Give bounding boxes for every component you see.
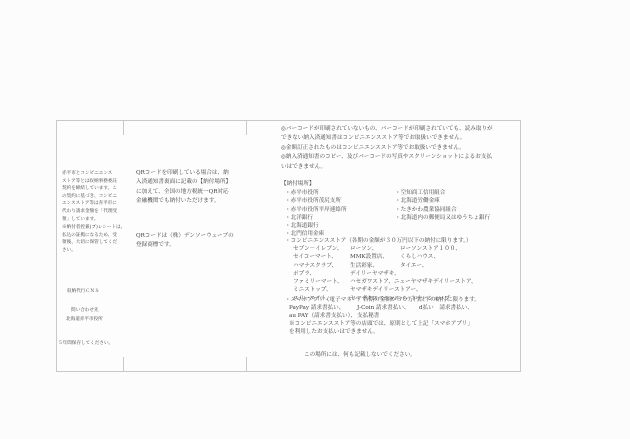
store-name: ファミリーマート、 bbox=[293, 278, 343, 286]
text-line: ストア等とは収納事務委託 bbox=[62, 178, 117, 186]
store-name: くらしハウス、 bbox=[400, 253, 461, 261]
text-line: の契約に基づき、コンビニ bbox=[62, 193, 117, 201]
text-line: エンスストア等は赤平市に bbox=[62, 200, 117, 208]
text-line: ◎納入済通知書のコピー、及びバーコードの写真やスクリーンショットによるお支払 bbox=[281, 153, 493, 162]
text-line: 領後、大切に保管してくだ bbox=[62, 239, 125, 247]
text-line: を利用したお支払いはできません。 bbox=[289, 328, 473, 336]
store-name: ミニストップ、 bbox=[293, 286, 343, 294]
text-line: に加えて、全国の地方税統一QR対応 bbox=[136, 188, 231, 197]
text-line: 入済通知書裏面に記載の【納付場所】 bbox=[136, 178, 231, 187]
text-line: ◎バーコードが印刷されていないもの、バーコードが印刷されていても、読み取りが bbox=[281, 125, 493, 134]
qr-trademark: QRコードは（株）デンソーウェーブの 登録商標です。 bbox=[136, 232, 234, 251]
list-item: ・北洋銀行 bbox=[285, 214, 347, 222]
contact-org: 北海道赤平市役所 bbox=[66, 316, 103, 324]
text-line: 金融機関でも納付いただけます。 bbox=[136, 197, 231, 206]
text-line: 払込の証拠になるため、受 bbox=[62, 232, 125, 240]
list-item: ・赤平市役所茂尻支所 bbox=[285, 197, 347, 205]
list-item: ・たきかわ農業協同組合 bbox=[395, 206, 490, 214]
places-heading: 【納付場所】 bbox=[281, 180, 315, 189]
barcode-warnings: ◎バーコードが印刷されていないもの、バーコードが印刷されていても、読み取りが で… bbox=[281, 125, 493, 172]
text-line: 登録商標です。 bbox=[136, 241, 234, 250]
store-name: ポプラ、 bbox=[293, 270, 343, 278]
text-line: 代わり請求金額を「代理受 bbox=[62, 208, 117, 216]
fold-divider-top-left bbox=[123, 120, 124, 135]
do-not-write-notice: この場所には、何も記載しないでください。 bbox=[304, 351, 416, 360]
qr-notice: QRコードを印刷している場合は、納 入済通知書裏面に記載の【納付場所】 に加えて… bbox=[136, 169, 231, 207]
convenience-col-3: ローソンストア１００、 くらしハウス、 タイエー、 bbox=[400, 245, 461, 270]
fold-divider-bottom-left bbox=[123, 357, 124, 372]
consignment-notice: 赤平市とコンビニエンス ストア等とは収納事務委託 契約を締結しています。こ の契… bbox=[62, 170, 117, 223]
text-line: ※納付者控兼(ブ)レシートは、 bbox=[62, 224, 125, 232]
list-item: ・赤平市役所平岸連絡所 bbox=[285, 206, 347, 214]
text-line: 赤平市とコンビニエンス bbox=[62, 170, 117, 178]
store-name: セブン－イレブン、 bbox=[293, 245, 343, 253]
store-name: ヤマザキデイリーストアー、 bbox=[350, 286, 477, 294]
text-line: いはできません。 bbox=[281, 163, 493, 172]
text-line: ◎金額訂正されたものはコンビニエンスストア等でお取扱いできません。 bbox=[281, 144, 493, 153]
contact-label: 問い合わせ先 bbox=[71, 307, 99, 315]
text-line: できない納入済通知書はコンビニエンスストア等でお取扱いできません。 bbox=[281, 134, 493, 143]
list-item: ・北海道労働金庫 bbox=[395, 197, 490, 205]
text-line: QRコードは（株）デンソーウェーブの bbox=[136, 232, 234, 241]
receipt-notice: ※納付者控兼(ブ)レシートは、 払込の証拠になるため、受 領後、大切に保管してく… bbox=[62, 224, 125, 254]
text-line: さい。 bbox=[62, 247, 125, 255]
places-list-right: ・空知商工信用組合 ・北海道労働金庫 ・たきかわ農業協同組合 ・北海道内の郵便局… bbox=[395, 189, 490, 222]
list-item: ・空知商工信用組合 bbox=[395, 189, 490, 197]
retention-notice: ５年間保存してください。 bbox=[58, 340, 113, 348]
collection-agent: 収納代行ＣＮＳ bbox=[67, 288, 99, 296]
text-line: ※コンビニエンスストア等の店頭では、原則として上記「スマホアプリ」 bbox=[289, 320, 473, 328]
fold-divider-top-right bbox=[246, 120, 247, 135]
store-name: ハマナスクラブ、 bbox=[293, 262, 343, 270]
store-name: タイエー、 bbox=[400, 262, 461, 270]
store-name: ハセガワストア、ニューヤマザキデイリーストア、 bbox=[350, 278, 477, 286]
store-name: セイコーマート、 bbox=[293, 253, 343, 261]
app-name: 支払秘書 bbox=[357, 313, 379, 319]
store-name: デイリーヤマザキ、 bbox=[350, 270, 477, 278]
app-note: ※コンビニエンスストア等の店頭では、原則として上記「スマホアプリ」 を利用したお… bbox=[289, 320, 473, 337]
text-line: 領」しています。 bbox=[62, 216, 117, 224]
app-name: d払い 請求書払い、 bbox=[419, 305, 473, 311]
list-item: ・北海道銀行 bbox=[285, 222, 347, 230]
text-line: 契約を締結しています。こ bbox=[62, 185, 117, 193]
list-item: ・赤平市役所 bbox=[285, 189, 347, 197]
fold-divider-bottom-right bbox=[246, 357, 247, 372]
store-name: ローソンストア１００、 bbox=[400, 245, 461, 253]
places-list-left: ・赤平市役所 ・赤平市役所茂尻支所 ・赤平市役所平岸連絡所 ・北洋銀行 ・北海道… bbox=[285, 189, 347, 239]
list-item: ・北海道内の郵便局又はゆうちょ銀行 bbox=[395, 214, 490, 222]
text-line: QRコードを印刷している場合は、納 bbox=[136, 169, 231, 178]
convenience-col-1: セブン－イレブン、 セイコーマート、 ハマナスクラブ、 ポプラ、 ファミリーマー… bbox=[293, 245, 343, 303]
